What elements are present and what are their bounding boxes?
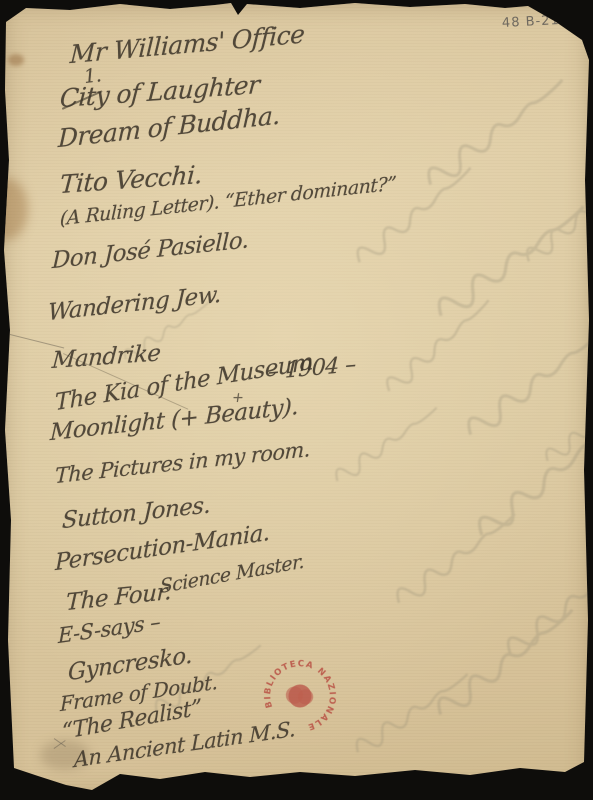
scan-background: 1. 48 B-21 Mr Williams' OfficeCity of La… (0, 0, 593, 800)
manuscript-page: 1. 48 B-21 Mr Williams' OfficeCity of La… (0, 0, 593, 800)
catalog-number: 48 B-21 (502, 13, 561, 31)
